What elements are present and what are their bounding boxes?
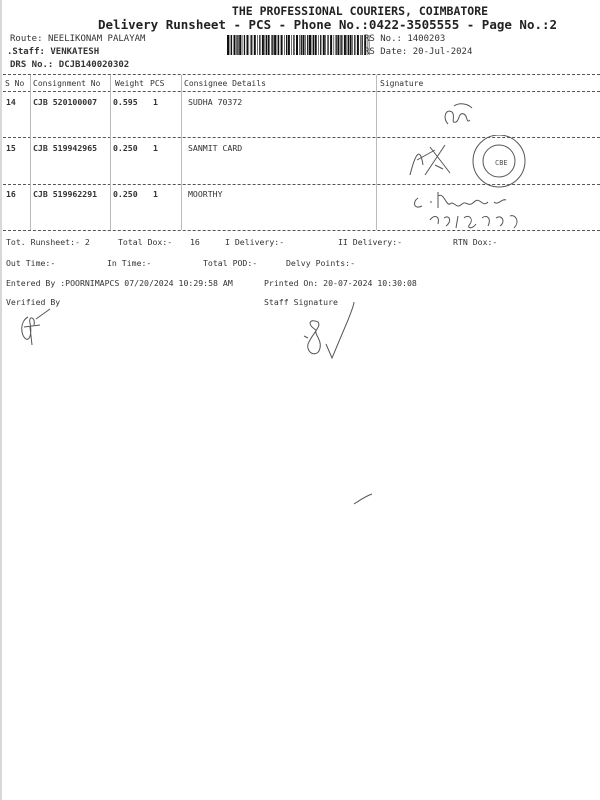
row-consignee: SANMIT CARD: [188, 143, 242, 153]
row-pcs: 1: [153, 143, 158, 153]
rs-number: RS No.: 1400203: [364, 34, 445, 44]
route-label: Route:: [10, 34, 43, 44]
entered-by: Entered By :POORNIMAPCS 07/20/2024 10:29…: [6, 278, 233, 288]
ii-delivery: II Delivery:-: [338, 237, 402, 247]
drs-row: DRS No.: DCJB140020302: [10, 60, 129, 70]
total-dox-value: 16: [190, 237, 200, 247]
staff-value: VENKATESH: [50, 47, 99, 57]
signature-row16: [410, 188, 550, 233]
staff-label: .Staff:: [7, 47, 45, 57]
company-stamp: CBE: [405, 135, 535, 195]
runsheet-subtitle: Delivery Runsheet - PCS - Phone No.:0422…: [98, 17, 557, 32]
divider: [3, 91, 600, 92]
row-consignee: SUDHA 70372: [188, 97, 242, 107]
column-header-consignee: Consignee Details: [184, 79, 266, 88]
column-header-signature: Signature: [380, 79, 423, 88]
column-divider: [181, 75, 182, 230]
row-consignment: CJB 519942965: [33, 143, 97, 153]
delvy-points: Delvy Points:-: [286, 258, 355, 268]
row-sno: 14: [6, 97, 16, 107]
row-weight: 0.250: [113, 143, 138, 153]
rs-date: RS Date: 20-Jul-2024: [364, 47, 472, 57]
row-consignee: MOORTHY: [188, 189, 223, 199]
stamp-center: CBE: [495, 159, 508, 167]
route-row: Route: NEELIKONAM PALAYAM: [10, 34, 145, 44]
staff-row: .Staff: VENKATESH: [7, 47, 99, 57]
staff-signature: [298, 300, 358, 365]
printed-on: Printed On: 20-07-2024 10:30:08: [264, 278, 417, 288]
signature-row14: [440, 100, 480, 132]
row-consignment: CJB 520100007: [33, 97, 97, 107]
total-pod: Total POD:-: [203, 258, 257, 268]
column-header-pcs: PCS: [150, 79, 164, 88]
scan-edge: [0, 0, 2, 800]
column-header-consignment: Consignment No: [33, 79, 100, 88]
drs-label: DRS No.:: [10, 60, 53, 70]
divider: [3, 74, 600, 75]
tot-runsheet: Tot. Runsheet:- 2: [6, 237, 90, 247]
route-value: NEELIKONAM PALAYAM: [48, 34, 146, 44]
drs-value: DCJB140020302: [59, 60, 129, 70]
rtn-dox: RTN Dox:-: [453, 237, 497, 247]
column-divider: [30, 75, 31, 230]
column-header-weight: Weight: [115, 79, 144, 88]
row-pcs: 1: [153, 189, 158, 199]
verifier-signature: [14, 305, 54, 350]
row-weight: 0.595: [113, 97, 138, 107]
row-sno: 15: [6, 143, 16, 153]
out-time: Out Time:-: [6, 258, 55, 268]
company-title: THE PROFESSIONAL COURIERS, COIMBATORE: [0, 4, 600, 18]
stray-mark: [350, 490, 380, 510]
row-weight: 0.250: [113, 189, 138, 199]
row-pcs: 1: [153, 97, 158, 107]
row-sno: 16: [6, 189, 16, 199]
in-time: In Time:-: [107, 258, 151, 268]
barcode: [227, 35, 370, 55]
column-divider: [110, 75, 111, 230]
column-divider: [376, 75, 377, 230]
column-header-sno: S No: [5, 79, 24, 88]
i-delivery: I Delivery:-: [225, 237, 284, 247]
total-dox-label: Total Dox:-: [118, 237, 172, 247]
row-consignment: CJB 519962291: [33, 189, 97, 199]
